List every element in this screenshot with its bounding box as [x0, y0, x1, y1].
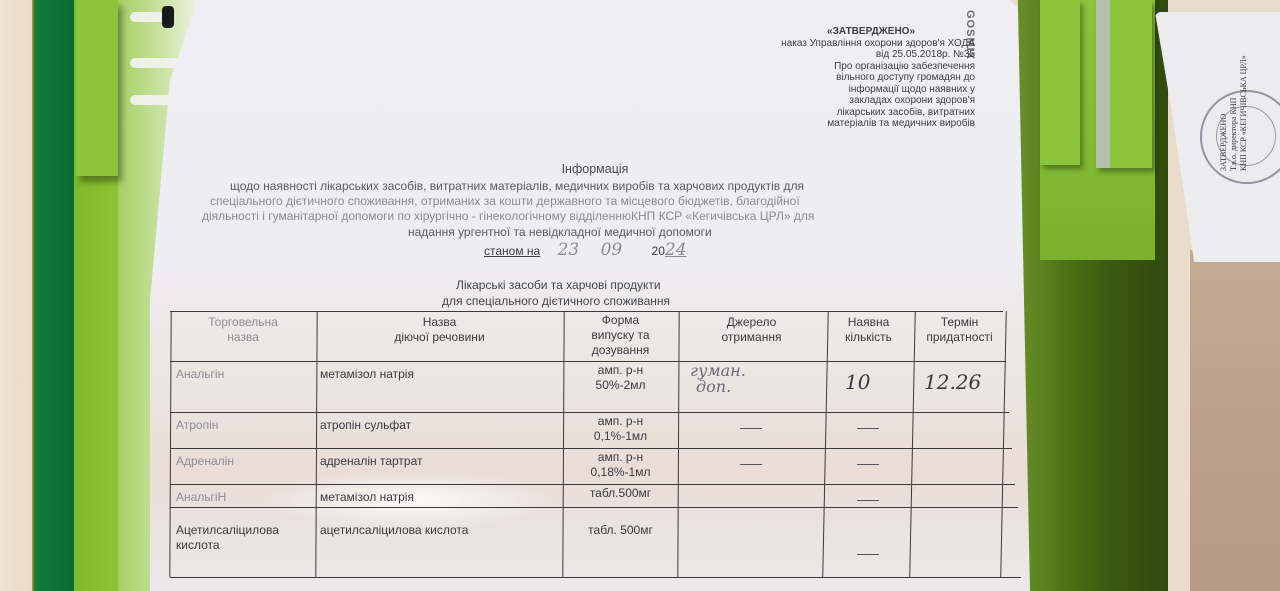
cell-active-substance: метамізол натрія [320, 367, 414, 382]
as-of-day: 23 [558, 240, 580, 260]
approval-line: лікарських засобів, витратних [700, 107, 975, 119]
cell-source: доп. [696, 379, 731, 394]
subtitle-line: спеціального дієтичного споживання, отри… [210, 194, 800, 208]
cell-form-dosage: амп. р-н [563, 414, 678, 429]
approval-line: від 25.05.2018р. №35 [700, 49, 975, 61]
section-title: для спеціального дієтичного споживання [442, 294, 670, 308]
approval-block: «ЗАТВЕРДЖЕНО» наказ Управління охорони з… [700, 26, 975, 130]
cell-quantity-dash [857, 554, 879, 555]
wall-background-right [1190, 250, 1280, 591]
header-form-dosage: дозування [563, 343, 678, 358]
cell-active-substance: ацетилсаліцилова кислота [320, 523, 468, 538]
approval-line: вільного доступу громадян до [700, 72, 975, 84]
header-source: Джерело [678, 315, 825, 330]
as-of-label: станом на [484, 244, 540, 258]
approval-line: Про організацію забезпечення [700, 61, 975, 73]
section-title: Лікарські засоби та харчові продукти [456, 278, 661, 292]
holder-frame-dark-green [32, 0, 76, 591]
stamp-line: КНП КСР «КЕГИЧІВСЬКА ЦРЛ» [1239, 79, 1249, 171]
table-row-border [170, 507, 1018, 508]
as-of-month: 09 [601, 240, 623, 260]
cell-trade-name: Ацетилсаліцилова [176, 523, 279, 538]
cell-quantity-dash [857, 500, 879, 501]
table-row-border [170, 577, 1021, 578]
holder-tab-left [76, 0, 118, 176]
header-trade-name: Торговельна [170, 315, 316, 330]
header-form-dosage: випуску та [563, 328, 678, 343]
approval-stamp-rotated: ЗАТВЕРДЖЕНО Т.в.о. директора КНП КНП КСР… [1149, 79, 1280, 171]
cell-trade-name: АнальгіН [176, 490, 226, 505]
cell-form-dosage: 50%-2мл [563, 378, 678, 393]
header-trade-name: назва [170, 330, 316, 345]
approval-heading: «ЗАТВЕРДЖЕНО» [700, 26, 975, 38]
stamp-line: Т.в.о. директора КНП [1229, 79, 1239, 171]
cell-form-dosage: табл.500мг [563, 486, 678, 501]
cell-form-dosage: 0,1%-1мл [563, 429, 678, 444]
cell-source: гуман. [690, 363, 746, 378]
stamp-line: ЗАТВЕРДЖЕНО [1219, 79, 1229, 171]
cell-trade-name: Анальгін [176, 367, 224, 382]
peg-cap [162, 6, 174, 28]
cell-form-dosage: амп. р-н [563, 450, 678, 465]
header-expiry: придатності [912, 330, 1007, 345]
cell-quantity-dash [857, 464, 879, 465]
approval-line: наказ Управління охорони здоров'я ХОДА [700, 38, 975, 50]
document-title: Інформація [0, 162, 1190, 176]
approval-line: закладах охорони здоров'я [700, 95, 975, 107]
peg [130, 58, 180, 68]
header-source: отримання [678, 330, 825, 345]
cell-expiry: 12.26 [924, 375, 981, 390]
as-of-date: станом на 23 09 2024 [484, 240, 687, 260]
as-of-year-suffix: 24 [665, 240, 687, 260]
cell-quantity: 10 [845, 375, 870, 390]
approval-line: матеріалів та медичних виробів [700, 118, 975, 130]
holder-tab-right-1 [1040, 0, 1080, 165]
cell-form-dosage: амп. р-н [563, 363, 678, 378]
header-quantity: Наявна [825, 315, 912, 330]
subtitle-line: діяльності і гуманітарної допомоги по хі… [202, 209, 814, 223]
cell-source-dash [740, 428, 762, 429]
header-quantity: кількість [825, 330, 912, 345]
cell-form-dosage: 0,18%-1мл [563, 465, 678, 480]
holder-tab-right-2 [1096, 0, 1152, 168]
cell-form-dosage: табл. 500мг [563, 523, 678, 538]
header-form-dosage: Форма [563, 313, 678, 328]
approval-line: інформації щодо наявних у [700, 84, 975, 96]
cell-trade-name: кислота [176, 538, 220, 553]
cell-active-substance: адреналін тартрат [320, 454, 422, 469]
as-of-year-prefix: 20 [652, 244, 665, 258]
cell-active-substance: метамізол натрія [320, 490, 414, 505]
cell-quantity-dash [857, 428, 879, 429]
cell-source-dash [740, 464, 762, 465]
subtitle-line: щодо наявності лікарських засобів, витра… [230, 179, 804, 193]
cell-active-substance: атропін сульфат [320, 418, 411, 433]
cell-trade-name: Атропін [176, 418, 218, 433]
header-expiry: Термін [912, 315, 1007, 330]
cell-trade-name: Адреналін [176, 454, 234, 469]
header-active-substance: Назва [316, 315, 563, 330]
subtitle-line: надання ургентної та невідкладної медичн… [408, 225, 712, 239]
header-active-substance: діючої речовини [316, 330, 563, 345]
